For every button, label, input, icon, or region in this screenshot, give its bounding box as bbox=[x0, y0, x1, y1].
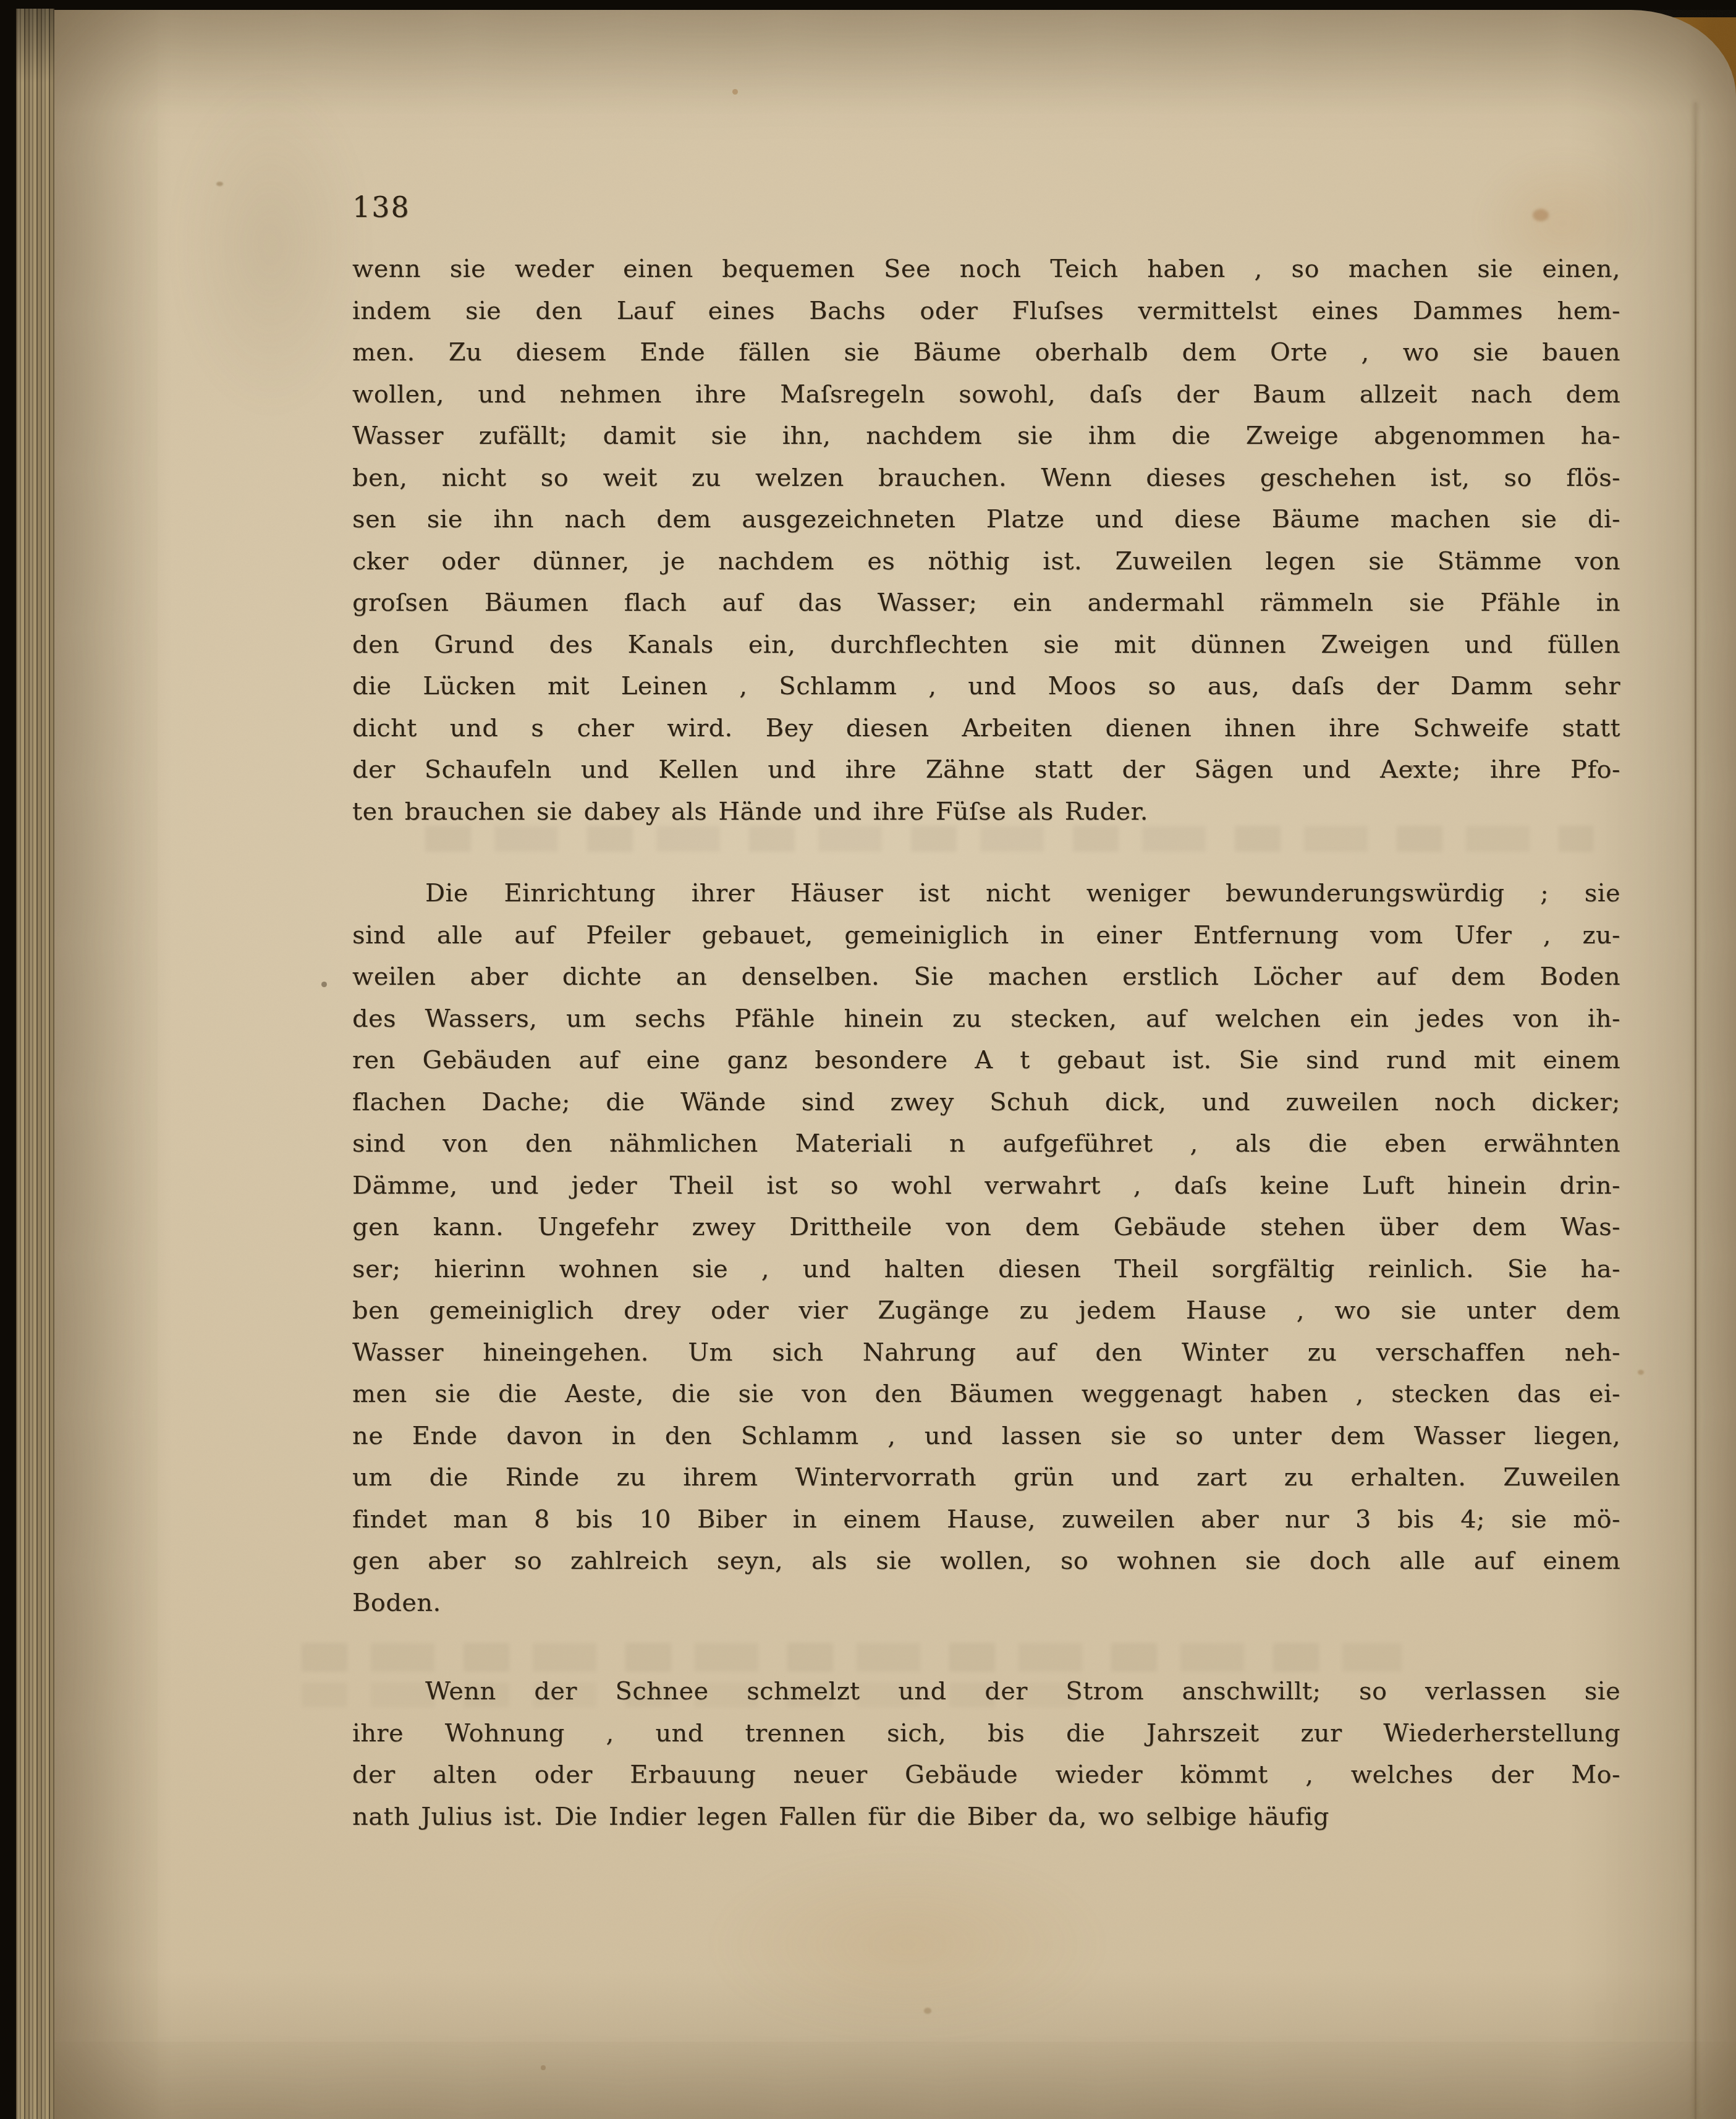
paper-speck bbox=[1533, 209, 1549, 221]
text-line: men. Zu diesem Ende fällen sie Bäume obe… bbox=[352, 332, 1620, 374]
book-page: 138 wenn sie weder einen bequemen See no… bbox=[54, 10, 1736, 2119]
scanned-book-page: { "page": { "number": "138", "paragraphs… bbox=[0, 0, 1736, 2119]
paper-speck bbox=[216, 182, 223, 186]
text-line: Wasser hineingehen. Um sich Nahrung auf … bbox=[352, 1332, 1620, 1374]
text-block: wenn sie weder einen bequemen See noch T… bbox=[352, 248, 1620, 1838]
text-line: sen sie ihn nach dem ausgezeichneten Pla… bbox=[352, 499, 1620, 541]
page-crease bbox=[1695, 103, 1696, 2119]
page-number: 138 bbox=[352, 192, 410, 223]
text-line: Wasser zufällt; damit sie ihn, nachdem s… bbox=[352, 415, 1620, 457]
text-line: Die Einrichtung ihrer Häuser ist nicht w… bbox=[352, 873, 1620, 915]
text-line: der alten oder Erbauung neuer Gebäude wi… bbox=[352, 1754, 1620, 1796]
text-line: wollen, und nehmen ihre Maſsregeln sowoh… bbox=[352, 374, 1620, 416]
paper-speck bbox=[541, 2065, 546, 2070]
paragraph: Wenn der Schnee schmelzt und der Strom a… bbox=[352, 1671, 1620, 1838]
text-line: gen kann. Ungefehr zwey Drittheile von d… bbox=[352, 1207, 1620, 1249]
paper-speck bbox=[321, 982, 327, 987]
text-line: wenn sie weder einen bequemen See noch T… bbox=[352, 248, 1620, 291]
page-edge-stack bbox=[16, 9, 54, 2119]
text-line: men sie die Aeste, die sie von den Bäume… bbox=[352, 1374, 1620, 1416]
paper-speck bbox=[1638, 1370, 1644, 1375]
text-line: ten brauchen sie dabey als Hände und ihr… bbox=[352, 791, 1620, 833]
text-line: ne Ende davon in den Schlamm , und lasse… bbox=[352, 1416, 1620, 1458]
text-line: groſsen Bäumen flach auf das Wasser; ein… bbox=[352, 582, 1620, 624]
text-line: ben, nicht so weit zu welzen brauchen. W… bbox=[352, 457, 1620, 499]
text-line: weilen aber dichte an denselben. Sie mac… bbox=[352, 956, 1620, 998]
text-line: gen aber so zahlreich seyn, als sie woll… bbox=[352, 1540, 1620, 1582]
paper-stain bbox=[178, 78, 363, 412]
paper-speck bbox=[732, 89, 738, 95]
text-line: findet man 8 bis 10 Biber in einem Hause… bbox=[352, 1499, 1620, 1541]
text-line: ihre Wohnung , und trennen sich, bis die… bbox=[352, 1713, 1620, 1755]
text-line: nath Julius ist. Die Indier legen Fallen… bbox=[352, 1796, 1620, 1838]
text-line: cker oder dünner, je nachdem es nöthig i… bbox=[352, 541, 1620, 583]
text-line: des Wassers, um sechs Pfähle hinein zu s… bbox=[352, 998, 1620, 1040]
text-line: ben gemeiniglich drey oder vier Zugänge … bbox=[352, 1290, 1620, 1332]
paper-stain bbox=[709, 1852, 1105, 2037]
text-line: ren Gebäuden auf eine ganz besondere A t… bbox=[352, 1040, 1620, 1082]
paragraph: Die Einrichtung ihrer Häuser ist nicht w… bbox=[352, 873, 1620, 1624]
text-line: sind von den nähmlichen Materiali n aufg… bbox=[352, 1123, 1620, 1165]
text-line: Wenn der Schnee schmelzt und der Strom a… bbox=[352, 1671, 1620, 1713]
paragraph: wenn sie weder einen bequemen See noch T… bbox=[352, 248, 1620, 833]
text-line: sind alle auf Pfeiler gebauet, gemeinigl… bbox=[352, 915, 1620, 957]
text-line: flachen Dache; die Wände sind zwey Schuh… bbox=[352, 1082, 1620, 1124]
text-line: der Schaufeln und Kellen und ihre Zähne … bbox=[352, 749, 1620, 791]
paper-speck bbox=[924, 2008, 931, 2014]
text-line: indem sie den Lauf eines Bachs oder Fluſ… bbox=[352, 291, 1620, 333]
text-line: Boden. bbox=[352, 1582, 1620, 1624]
text-line: dicht und s cher wird. Bey diesen Arbeit… bbox=[352, 708, 1620, 750]
text-line: ser; hierinn wohnen sie , und halten die… bbox=[352, 1249, 1620, 1291]
text-line: um die Rinde zu ihrem Wintervorrath grün… bbox=[352, 1457, 1620, 1499]
text-line: den Grund des Kanals ein, durchflechten … bbox=[352, 624, 1620, 666]
text-line: die Lücken mit Leinen , Schlamm , und Mo… bbox=[352, 666, 1620, 708]
text-line: Dämme, und jeder Theil ist so wohl verwa… bbox=[352, 1165, 1620, 1207]
